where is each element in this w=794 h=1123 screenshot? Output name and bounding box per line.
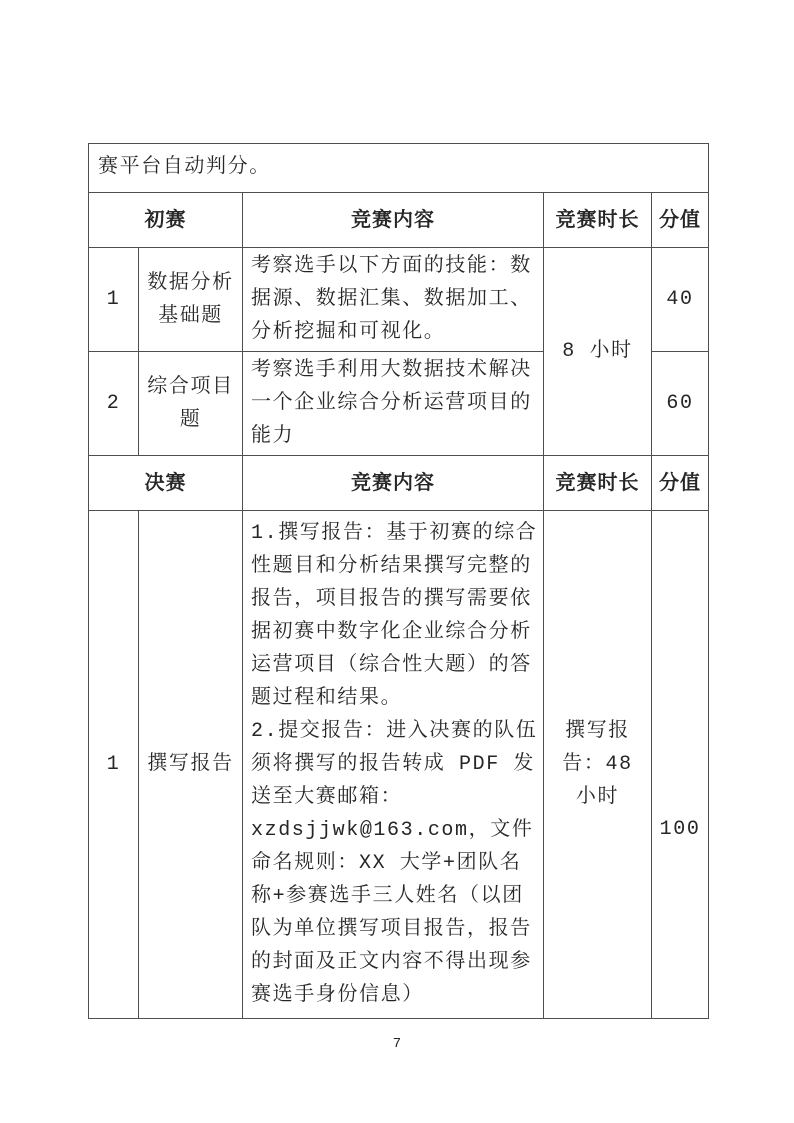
final-row-1: 1 撰写报告 1.撰写报告：基于初赛的综合性题目和分析结果撰写完整的报告，项目报… [89, 511, 709, 1019]
preliminary-duration-header: 竞赛时长 [544, 193, 652, 248]
final-header-row: 决赛 竞赛内容 竞赛时长 分值 [89, 456, 709, 511]
competition-structure-table: 赛平台自动判分。 初赛 竞赛内容 竞赛时长 分值 1 数据分析基础题 考察选手以… [88, 143, 709, 1019]
row-content: 考察选手利用大数据技术解决一个企业综合分析运营项目的能力 [243, 352, 544, 456]
final-score-header: 分值 [652, 456, 709, 511]
row-serial: 1 [89, 248, 139, 352]
row-duration: 撰写报告：48 小时 [544, 511, 652, 1019]
document-page: 赛平台自动判分。 初赛 竞赛内容 竞赛时长 分值 1 数据分析基础题 考察选手以… [0, 0, 794, 1123]
row-score: 100 [653, 813, 707, 846]
continuation-text: 赛平台自动判分。 [89, 144, 709, 193]
row-score: 40 [652, 248, 709, 352]
row-score: 60 [652, 352, 709, 456]
row-type: 撰写报告 [139, 511, 243, 1019]
row-score-cell: 100 [652, 511, 709, 1019]
row-serial: 1 [89, 511, 139, 1019]
preliminary-row-1: 1 数据分析基础题 考察选手以下方面的技能：数据源、数据汇集、数据加工、分析挖掘… [89, 248, 709, 352]
page-number: 7 [0, 1036, 794, 1052]
final-content-header: 竞赛内容 [243, 456, 544, 511]
row-content: 1.撰写报告：基于初赛的综合性题目和分析结果撰写完整的报告，项目报告的撰写需要依… [243, 511, 544, 1019]
row-type: 综合项目题 [139, 352, 243, 456]
shared-duration-cell: 8 小时 [544, 248, 652, 456]
row-content: 考察选手以下方面的技能：数据源、数据汇集、数据加工、分析挖掘和可视化。 [243, 248, 544, 352]
final-duration-header: 竞赛时长 [544, 456, 652, 511]
continuation-row: 赛平台自动判分。 [89, 144, 709, 193]
preliminary-stage-header: 初赛 [89, 193, 243, 248]
final-stage-header: 决赛 [89, 456, 243, 511]
row-type: 数据分析基础题 [139, 248, 243, 352]
preliminary-score-header: 分值 [652, 193, 709, 248]
row-serial: 2 [89, 352, 139, 456]
preliminary-header-row: 初赛 竞赛内容 竞赛时长 分值 [89, 193, 709, 248]
preliminary-content-header: 竞赛内容 [243, 193, 544, 248]
